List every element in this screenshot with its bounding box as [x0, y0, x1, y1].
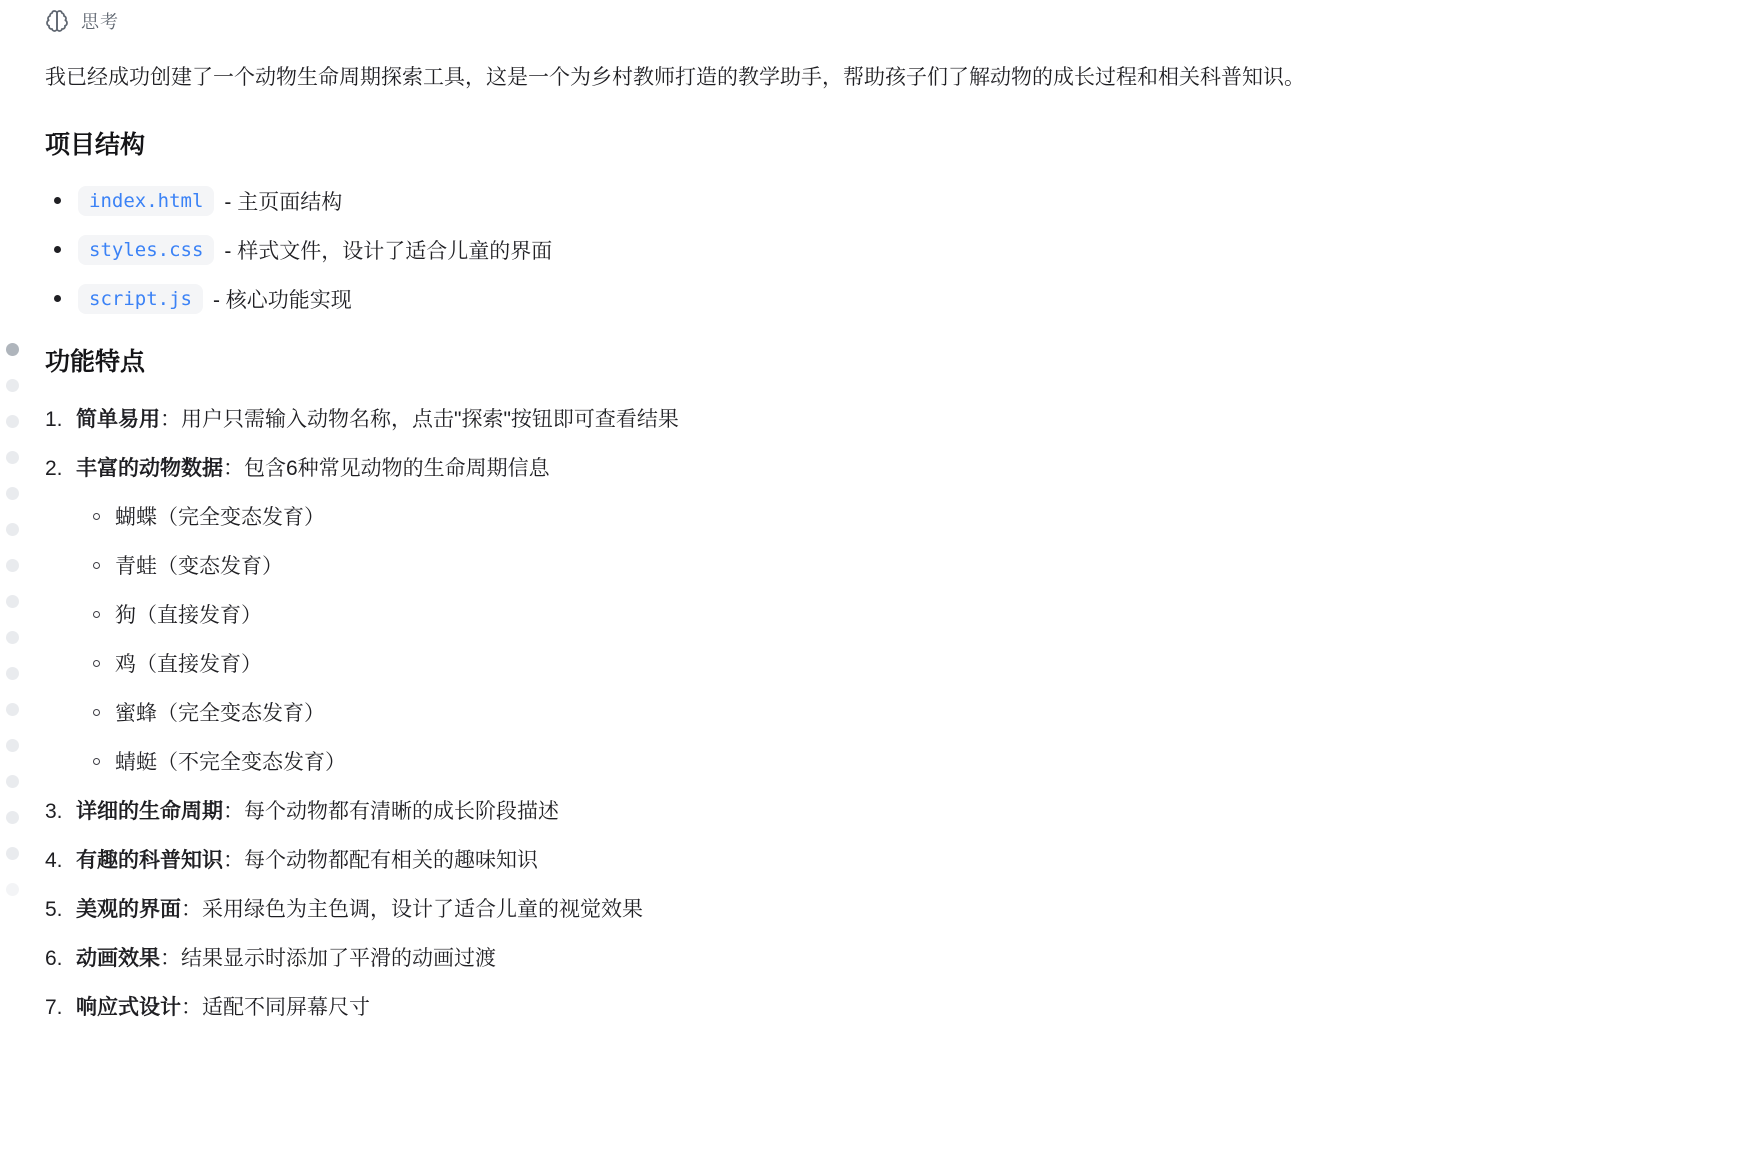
timeline-dot[interactable]: [6, 703, 19, 716]
timeline-dots[interactable]: [6, 343, 19, 896]
feature-title: 详细的生命周期: [76, 800, 223, 823]
timeline-dot[interactable]: [6, 739, 19, 752]
animal-item: 蝴蝶（完全变态发育）: [76, 504, 1695, 532]
feature-desc: ：包含6种常见动物的生命周期信息: [223, 457, 550, 480]
feature-number: 6.: [45, 945, 76, 973]
timeline-dot[interactable]: [6, 667, 19, 680]
thinking-header[interactable]: 思考: [45, 0, 1695, 34]
file-desc: - 样式文件，设计了适合儿童的界面: [224, 235, 552, 265]
timeline-dot[interactable]: [6, 775, 19, 788]
animal-item: 蜻蜓（不完全变态发育）: [76, 749, 1695, 777]
feature-title: 动画效果: [76, 947, 160, 970]
feature-text: 动画效果：结果显示时添加了平滑的动画过渡: [76, 945, 1695, 973]
feature-text: 响应式设计：适配不同屏幕尺寸: [76, 994, 1695, 1022]
animal-item: 青蛙（变态发育）: [76, 553, 1695, 581]
section-title-features: 功能特点: [45, 345, 1695, 379]
feature-number: 7.: [45, 994, 76, 1022]
timeline-dot[interactable]: [6, 811, 19, 824]
feature-number: 5.: [45, 896, 76, 924]
brain-icon: [45, 9, 69, 33]
animal-item: 狗（直接发育）: [76, 602, 1695, 630]
feature-desc: ：适配不同屏幕尺寸: [181, 996, 370, 1019]
feature-desc: ：用户只需输入动物名称，点击"探索"按钮即可查看结果: [160, 408, 679, 431]
animal-item: 蜜蜂（完全变态发育）: [76, 700, 1695, 728]
thinking-content: 思考 我已经成功创建了一个动物生命周期探索工具，这是一个为乡村教师打造的教学助手…: [45, 0, 1695, 1043]
feature-title: 美观的界面: [76, 898, 181, 921]
feature-number: 1.: [45, 406, 76, 434]
file-list: index.html - 主页面结构 styles.css - 样式文件，设计了…: [45, 184, 1695, 315]
feature-item: 4. 有趣的科普知识：每个动物都配有相关的趣味知识: [45, 847, 1695, 875]
timeline-dot[interactable]: [6, 415, 19, 428]
feature-desc: ：采用绿色为主色调，设计了适合儿童的视觉效果: [181, 898, 643, 921]
section-title-project-structure: 项目结构: [45, 128, 1695, 162]
animal-list: 蝴蝶（完全变态发育） 青蛙（变态发育） 狗（直接发育） 鸡（直接发育） 蜜蜂（完…: [76, 504, 1695, 777]
file-name-code: styles.css: [78, 235, 214, 265]
feature-desc: ：每个动物都有清晰的成长阶段描述: [223, 800, 559, 823]
feature-text: 简单易用：用户只需输入动物名称，点击"探索"按钮即可查看结果: [76, 406, 1695, 434]
feature-list: 1. 简单易用：用户只需输入动物名称，点击"探索"按钮即可查看结果 2. 丰富的…: [45, 406, 1695, 1022]
timeline-dot[interactable]: [6, 883, 19, 896]
feature-text: 美观的界面：采用绿色为主色调，设计了适合儿童的视觉效果: [76, 896, 1695, 924]
feature-title: 响应式设计: [76, 996, 181, 1019]
intro-paragraph: 我已经成功创建了一个动物生命周期探索工具，这是一个为乡村教师打造的教学助手，帮助…: [45, 64, 1695, 92]
timeline-dot[interactable]: [6, 343, 19, 356]
feature-title: 简单易用: [76, 408, 160, 431]
feature-text: 详细的生命周期：每个动物都有清晰的成长阶段描述: [76, 798, 1695, 826]
feature-number: 2.: [45, 455, 76, 777]
feature-item: 6. 动画效果：结果显示时添加了平滑的动画过渡: [45, 945, 1695, 973]
file-name-code: script.js: [78, 284, 203, 314]
feature-item: 3. 详细的生命周期：每个动物都有清晰的成长阶段描述: [45, 798, 1695, 826]
file-desc: - 主页面结构: [224, 186, 342, 216]
feature-item: 7. 响应式设计：适配不同屏幕尺寸: [45, 994, 1695, 1022]
animal-item: 鸡（直接发育）: [76, 651, 1695, 679]
feature-number: 3.: [45, 798, 76, 826]
feature-number: 4.: [45, 847, 76, 875]
feature-title: 丰富的动物数据: [76, 457, 223, 480]
feature-desc: ：结果显示时添加了平滑的动画过渡: [160, 947, 496, 970]
feature-item: 5. 美观的界面：采用绿色为主色调，设计了适合儿童的视觉效果: [45, 896, 1695, 924]
feature-item: 2. 丰富的动物数据：包含6种常见动物的生命周期信息 蝴蝶（完全变态发育） 青蛙…: [45, 455, 1695, 777]
thinking-label: 思考: [81, 8, 119, 34]
file-item: styles.css - 样式文件，设计了适合儿童的界面: [45, 233, 1695, 266]
feature-item: 1. 简单易用：用户只需输入动物名称，点击"探索"按钮即可查看结果: [45, 406, 1695, 434]
timeline-dot[interactable]: [6, 487, 19, 500]
feature-desc: ：每个动物都配有相关的趣味知识: [223, 849, 538, 872]
timeline-dot[interactable]: [6, 379, 19, 392]
timeline-dot[interactable]: [6, 631, 19, 644]
timeline-dot[interactable]: [6, 451, 19, 464]
file-name-code: index.html: [78, 186, 214, 216]
timeline-dot[interactable]: [6, 523, 19, 536]
timeline-dot[interactable]: [6, 595, 19, 608]
file-item: script.js - 核心功能实现: [45, 282, 1695, 315]
timeline-dot[interactable]: [6, 559, 19, 572]
feature-text: 丰富的动物数据：包含6种常见动物的生命周期信息 蝴蝶（完全变态发育） 青蛙（变态…: [76, 455, 1695, 777]
feature-text: 有趣的科普知识：每个动物都配有相关的趣味知识: [76, 847, 1695, 875]
file-item: index.html - 主页面结构: [45, 184, 1695, 217]
thinking-panel: 思考 我已经成功创建了一个动物生命周期探索工具，这是一个为乡村教师打造的教学助手…: [0, 0, 1742, 1162]
feature-title: 有趣的科普知识: [76, 849, 223, 872]
timeline-dot[interactable]: [6, 847, 19, 860]
file-desc: - 核心功能实现: [213, 284, 352, 314]
